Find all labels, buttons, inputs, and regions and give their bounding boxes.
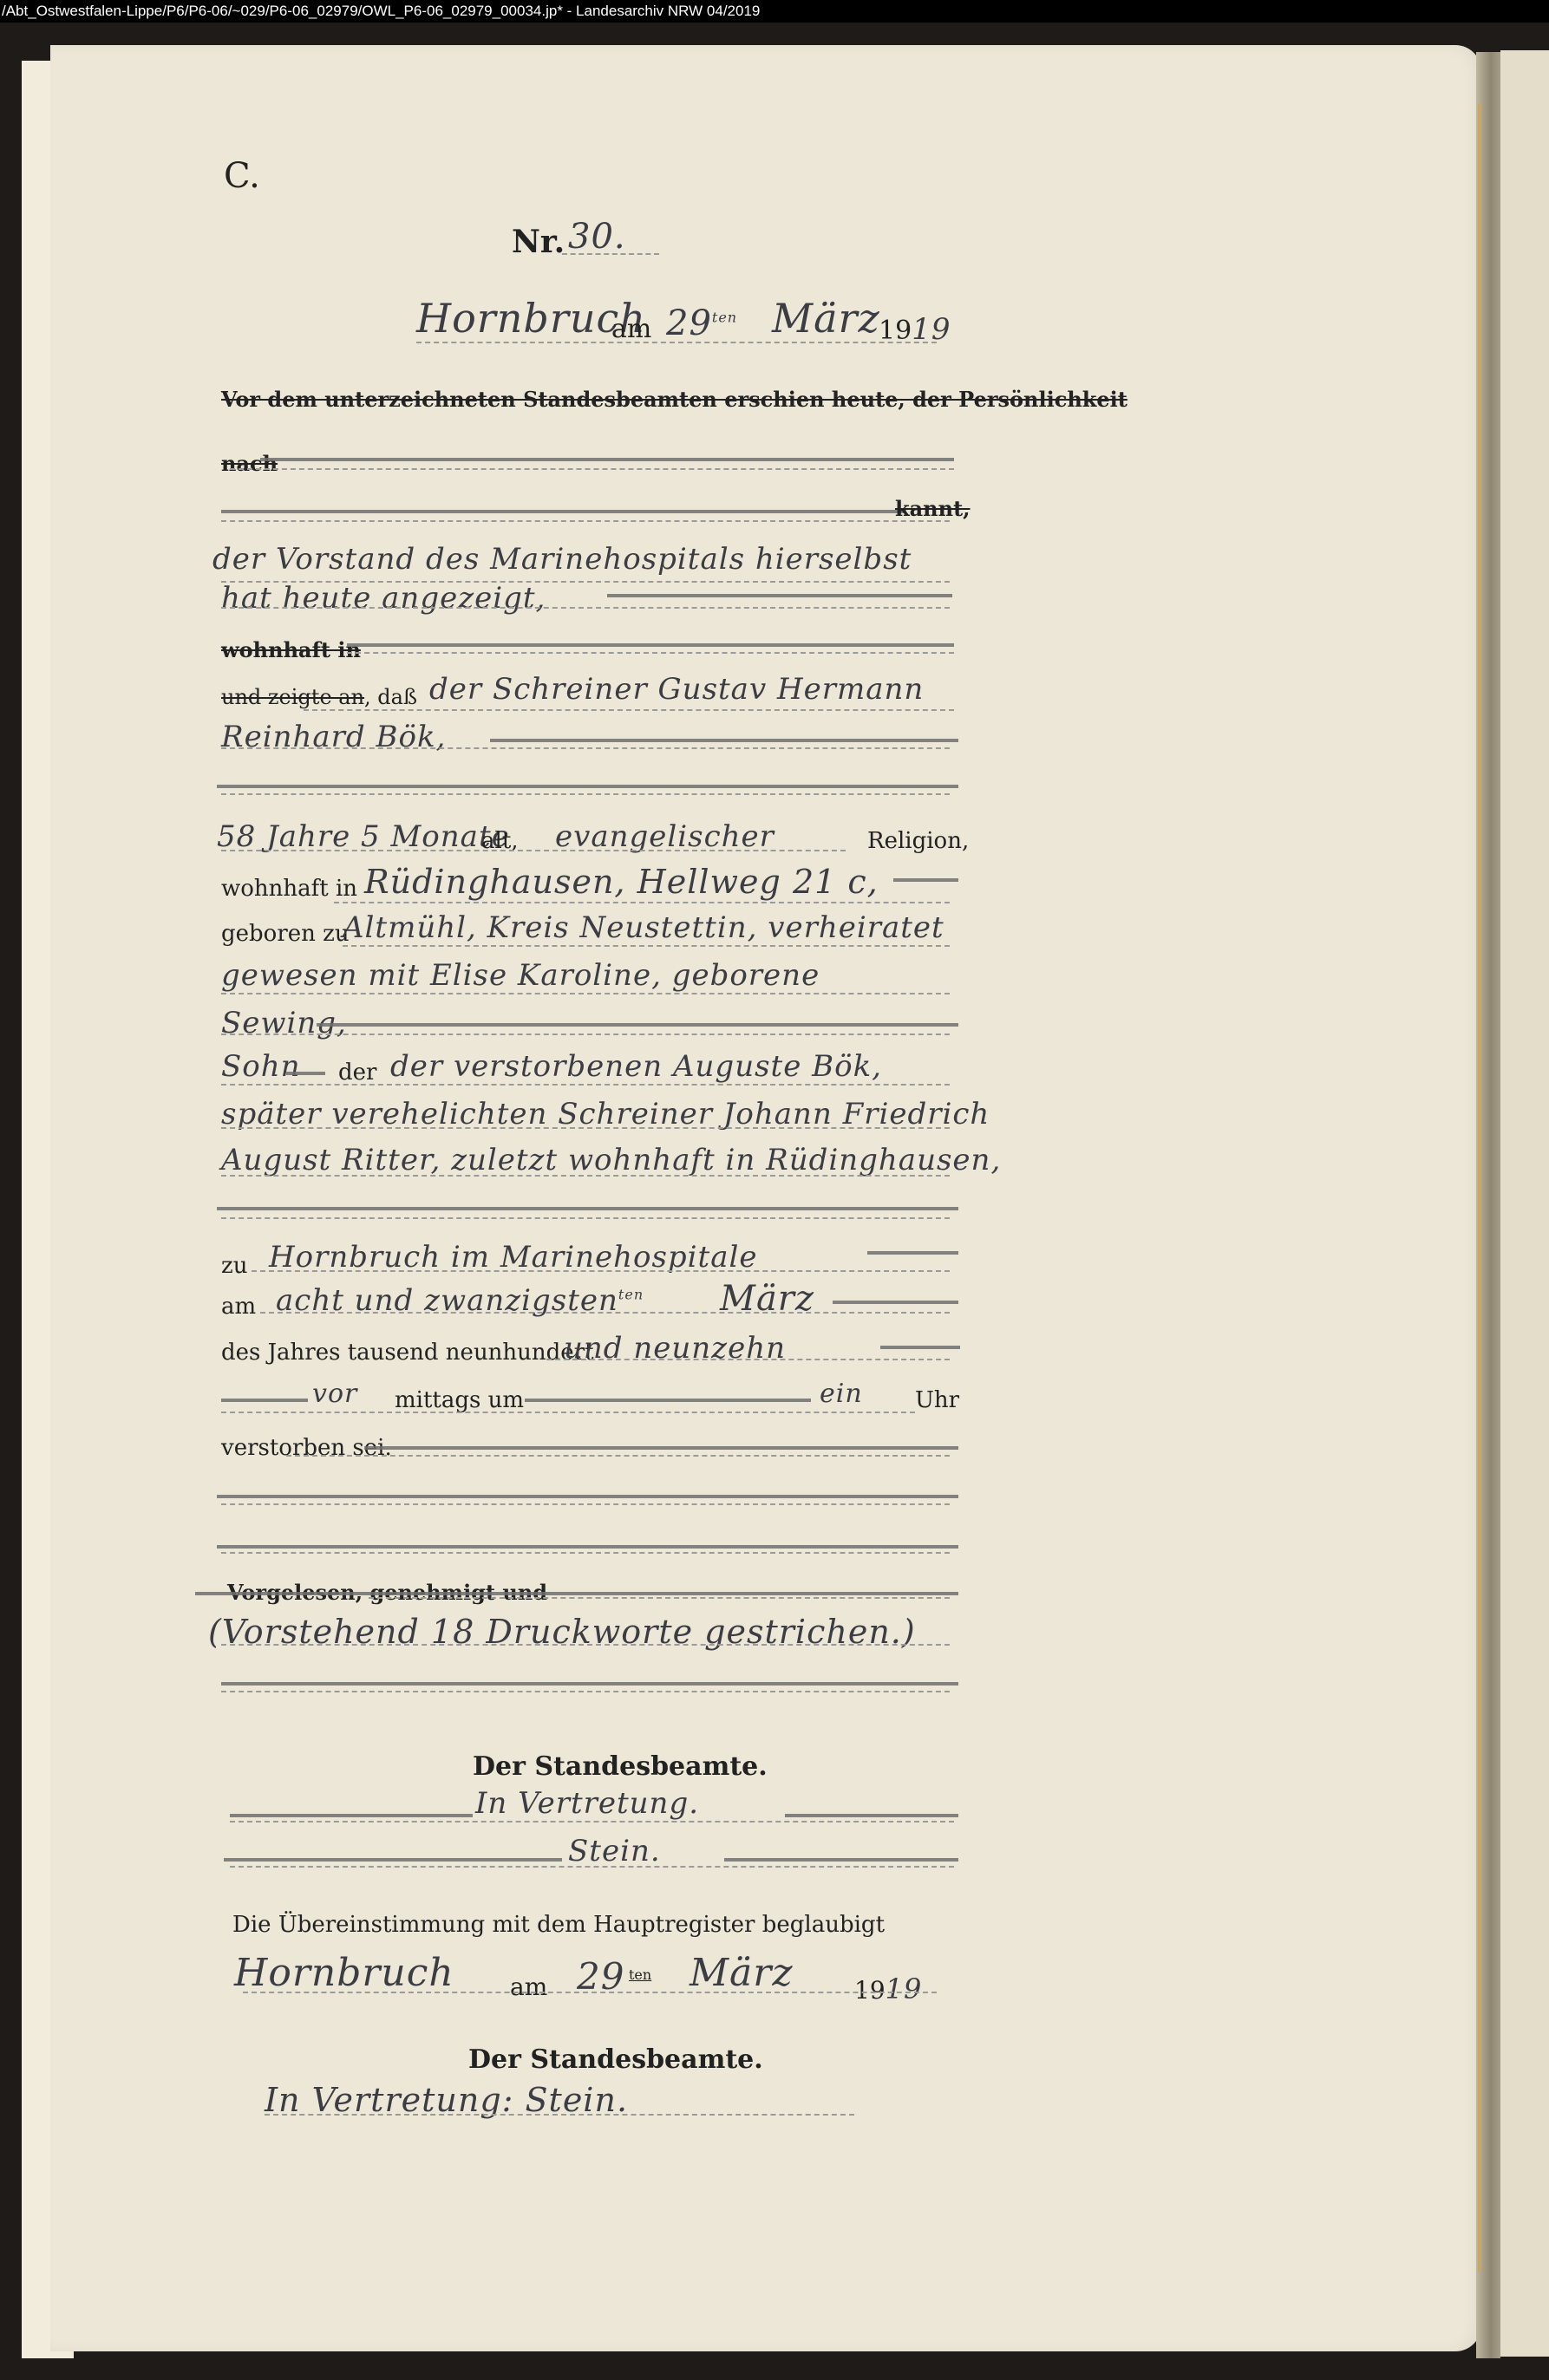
deceased-line-2: Reinhard Bök, (221, 720, 446, 754)
writing-line (369, 1597, 950, 1599)
strike-line (260, 458, 954, 461)
deceased-line-1: der Schreiner Gustav Hermann (429, 672, 924, 707)
writing-line (221, 1127, 950, 1129)
writing-line (221, 1217, 950, 1219)
parents-line-3: August Ritter, zuletzt wohnhaft in Rüdin… (221, 1143, 1001, 1177)
dass-label: , daß (364, 685, 417, 709)
writing-line (334, 902, 950, 903)
writing-line (243, 1992, 937, 1993)
certification-text: Die Übereinstimmung mit dem Hauptregiste… (232, 1912, 885, 1938)
strike-line (224, 1858, 562, 1862)
writing-line (221, 1175, 950, 1177)
mittags-um-label: mittags um (395, 1387, 524, 1413)
page-gilt-edge (1478, 104, 1481, 2272)
year-label: des Jahres tausend neunhundert (221, 1340, 594, 1366)
born-label: geboren zu (221, 921, 350, 947)
strike-line (525, 1399, 811, 1402)
record-number: 30. (568, 217, 626, 257)
window-title-bar: /Abt_Ostwestfalen-Lippe/P6/P6-06/~029/P6… (0, 0, 1549, 23)
strike-line (221, 1682, 958, 1686)
strike-line (785, 1814, 958, 1817)
window-title: /Abt_Ostwestfalen-Lippe/P6/P6-06/~029/P6… (2, 3, 760, 19)
und-zeigte-an-line: und zeigte an, daß (221, 685, 417, 709)
cert-day-suffix: ten (629, 1966, 651, 1983)
writing-line (221, 1552, 950, 1554)
strike-line (724, 1858, 958, 1862)
writing-line (221, 1503, 950, 1505)
strike-line (317, 1023, 958, 1027)
son-label: Sohn (221, 1049, 301, 1084)
writing-line (221, 520, 950, 522)
zu-label: zu (221, 1253, 247, 1279)
writing-line (304, 709, 954, 711)
writing-line (347, 652, 954, 654)
cert-place: Hornbruch (234, 1951, 454, 1995)
header-am: am (611, 314, 651, 344)
dash (286, 1072, 325, 1075)
struck-kannt: kannt, (895, 496, 971, 521)
am-label: am (221, 1294, 256, 1320)
cert-am: am (510, 1972, 547, 2001)
writing-line (221, 1412, 915, 1413)
parents-line-1: der verstorbenen Auguste Bök, (390, 1049, 882, 1084)
writing-line (221, 747, 950, 749)
parents-line-2: später verehelichten Schreiner Johann Fr… (221, 1097, 990, 1131)
writing-line (260, 1312, 950, 1314)
writing-line (230, 1866, 954, 1868)
strike-line (347, 643, 954, 647)
header-day: 29ten (666, 303, 737, 343)
writing-line (252, 1270, 950, 1272)
writing-line (221, 607, 950, 609)
informant-line-1: der Vorstand des Marinehospitals hiersel… (212, 542, 912, 577)
writing-line (221, 1644, 950, 1646)
religion-label: Religion, (867, 828, 969, 854)
signature-title: Der Standesbeamte. (473, 1751, 768, 1782)
record-number-underline (562, 253, 659, 255)
strike-line (217, 1545, 958, 1549)
informant-line-2: hat heute angezeigt, (221, 581, 546, 616)
strike-line (217, 785, 958, 788)
writing-line (221, 793, 950, 795)
strike-line (195, 1592, 958, 1595)
writing-line (221, 1034, 950, 1035)
strike-line (217, 1207, 958, 1210)
age-value: 58 Jahre 5 Monate (217, 819, 510, 854)
cert-month: März (690, 1951, 794, 1995)
born-value: Altmühl, Kreis Neustettin, verheiratet (343, 910, 944, 945)
religion-value: evangelischer (555, 819, 774, 854)
writing-line (546, 1359, 950, 1360)
record-number-label: Nr. (512, 224, 565, 260)
time-prefix: vor (312, 1379, 357, 1409)
signature-line-1: In Vertretung. (475, 1786, 699, 1821)
strike-line (833, 1301, 958, 1304)
writing-line (221, 1691, 950, 1692)
writing-line (265, 2114, 854, 2116)
header-date-underline (416, 342, 937, 343)
cert-year: 1919 (854, 1972, 922, 2005)
header-month: März (772, 295, 880, 342)
married-line: gewesen mit Elise Karoline, geborene (221, 958, 820, 993)
writing-line (221, 850, 846, 851)
death-place: Hornbruch im Marinehospitale (269, 1240, 757, 1275)
writing-line (221, 993, 950, 994)
writing-line (221, 1084, 950, 1086)
uhr-label: Uhr (915, 1387, 959, 1413)
strike-line (867, 1251, 958, 1255)
death-year-words: und neunzehn (564, 1331, 786, 1366)
struck-intro-line: Vor dem unterzeichneten Standesbeamten e… (221, 387, 1127, 412)
time-value: ein (820, 1379, 863, 1409)
strike-line (364, 1446, 958, 1450)
strike-line (893, 878, 958, 882)
strike-line (217, 1495, 958, 1498)
struck-und-zeigte-an: und zeigte an (221, 685, 364, 709)
signature-line-2: Stein. (568, 1834, 661, 1868)
der-label: der (338, 1060, 376, 1086)
writing-line (230, 468, 954, 470)
writing-line (230, 1821, 954, 1822)
strike-line (880, 1346, 960, 1349)
writing-line (343, 945, 950, 947)
writing-line (286, 1455, 950, 1457)
strike-line (490, 739, 958, 742)
strike-line (607, 594, 952, 597)
strike-line (221, 510, 906, 513)
cert-signature-title: Der Standesbeamte. (468, 2044, 763, 2075)
residence-label: wohnhaft in (221, 876, 357, 902)
strike-line (230, 1814, 473, 1817)
residence-value: Rüdinghausen, Hellweg 21 c, (364, 863, 879, 901)
struck-nach: nach (221, 451, 278, 476)
strike-line (221, 1399, 308, 1402)
section-letter: C. (224, 156, 260, 196)
struck-wohnhaft: wohnhaft in (221, 637, 361, 662)
facing-page (1500, 50, 1549, 2357)
